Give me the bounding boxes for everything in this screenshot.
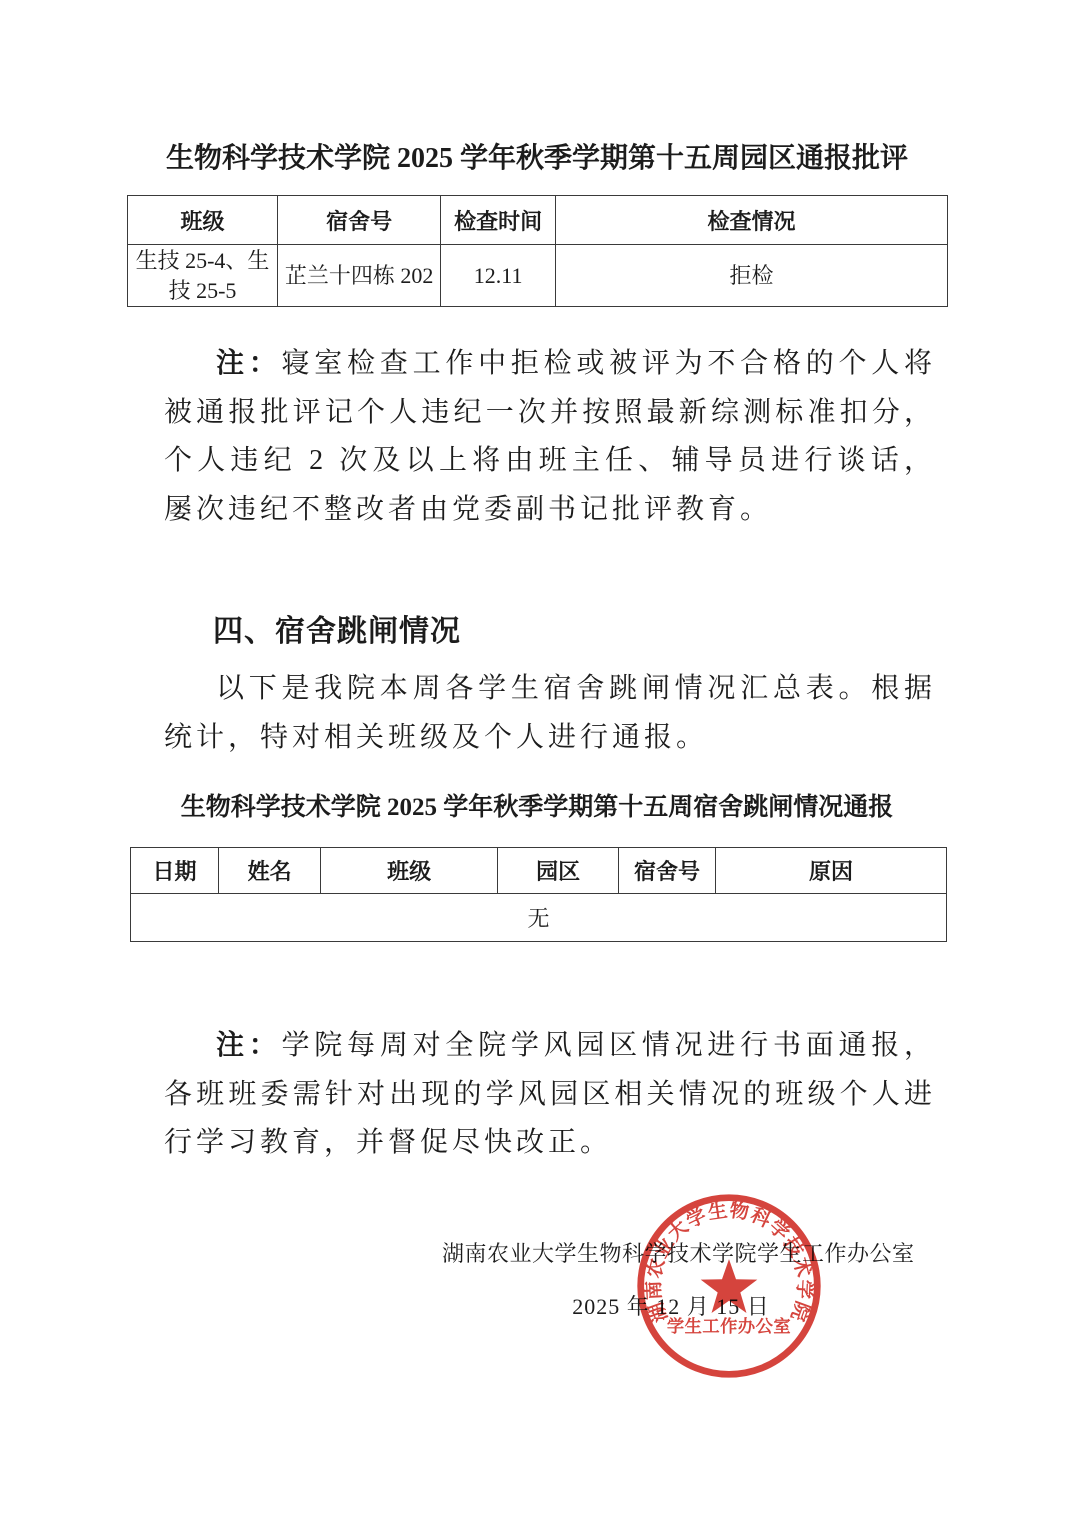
issuing-office-signature: 湖南农业大学生物科学技术学院学生工作办公室: [442, 1241, 900, 1267]
col-header-name: 姓名: [219, 848, 321, 894]
dorm-trip-intro: 以下是我院本周各学生宿舍跳闸情况汇总表。根据统计，特对相关班级及个人进行通报。: [164, 665, 936, 762]
cell-none: 无: [131, 894, 947, 942]
col-header-check-time: 检查时间: [441, 196, 556, 245]
dorm-trip-table-title: 生物科学技术学院 2025 学年秋季学期第十五周宿舍跳闸情况通报: [0, 792, 1074, 824]
note-label: 注：: [216, 1030, 282, 1061]
section-heading-dorm-trip: 四、宿舍跳闸情况: [213, 614, 461, 650]
inspection-table-title: 生物科学技术学院 2025 学年秋季学期第十五周园区通报批评: [0, 142, 1074, 176]
dorm-trip-table: 日期 姓名 班级 园区 宿舍号 原因 无: [130, 847, 947, 942]
col-header-class: 班级: [321, 848, 498, 894]
issue-date: 2025 年 12 月 15 日: [442, 1293, 900, 1321]
col-header-date: 日期: [131, 848, 219, 894]
table-header-row: 日期 姓名 班级 园区 宿舍号 原因: [131, 848, 947, 894]
table-row: 生技 25-4、生技 25-5 芷兰十四栋 202 12.11 拒检: [128, 245, 948, 307]
table-header-row: 班级 宿舍号 检查时间 检查情况: [128, 196, 948, 245]
cell-dorm-number: 芷兰十四栋 202: [278, 245, 441, 307]
footer-block: 湖南农业大学生物科学技术学院学生工作办公室 2025 年 12 月 15 日: [442, 1241, 900, 1321]
col-header-check-result: 检查情况: [556, 196, 948, 245]
inspection-note: 注：寝室检查工作中拒检或被评为不合格的个人将被通报批评记个人违纪一次并按照最新综…: [164, 340, 936, 534]
note-label: 注：: [216, 348, 282, 379]
col-header-reason: 原因: [716, 848, 947, 894]
cell-check-time: 12.11: [441, 245, 556, 307]
col-header-dorm-number: 宿舍号: [278, 196, 441, 245]
col-header-dorm-number: 宿舍号: [618, 848, 715, 894]
document-page: 生物科学技术学院 2025 学年秋季学期第十五周园区通报批评 班级 宿舍号 检查…: [0, 0, 1074, 1520]
cell-check-result: 拒检: [556, 245, 948, 307]
col-header-campus: 园区: [498, 848, 619, 894]
cell-class: 生技 25-4、生技 25-5: [128, 245, 278, 307]
table-empty-row: 无: [131, 894, 947, 942]
col-header-class: 班级: [128, 196, 278, 245]
dorm-trip-note: 注：学院每周对全院学风园区情况进行书面通报，各班班委需针对出现的学风园区相关情况…: [164, 1022, 936, 1168]
inspection-table: 班级 宿舍号 检查时间 检查情况 生技 25-4、生技 25-5 芷兰十四栋 2…: [127, 195, 948, 307]
